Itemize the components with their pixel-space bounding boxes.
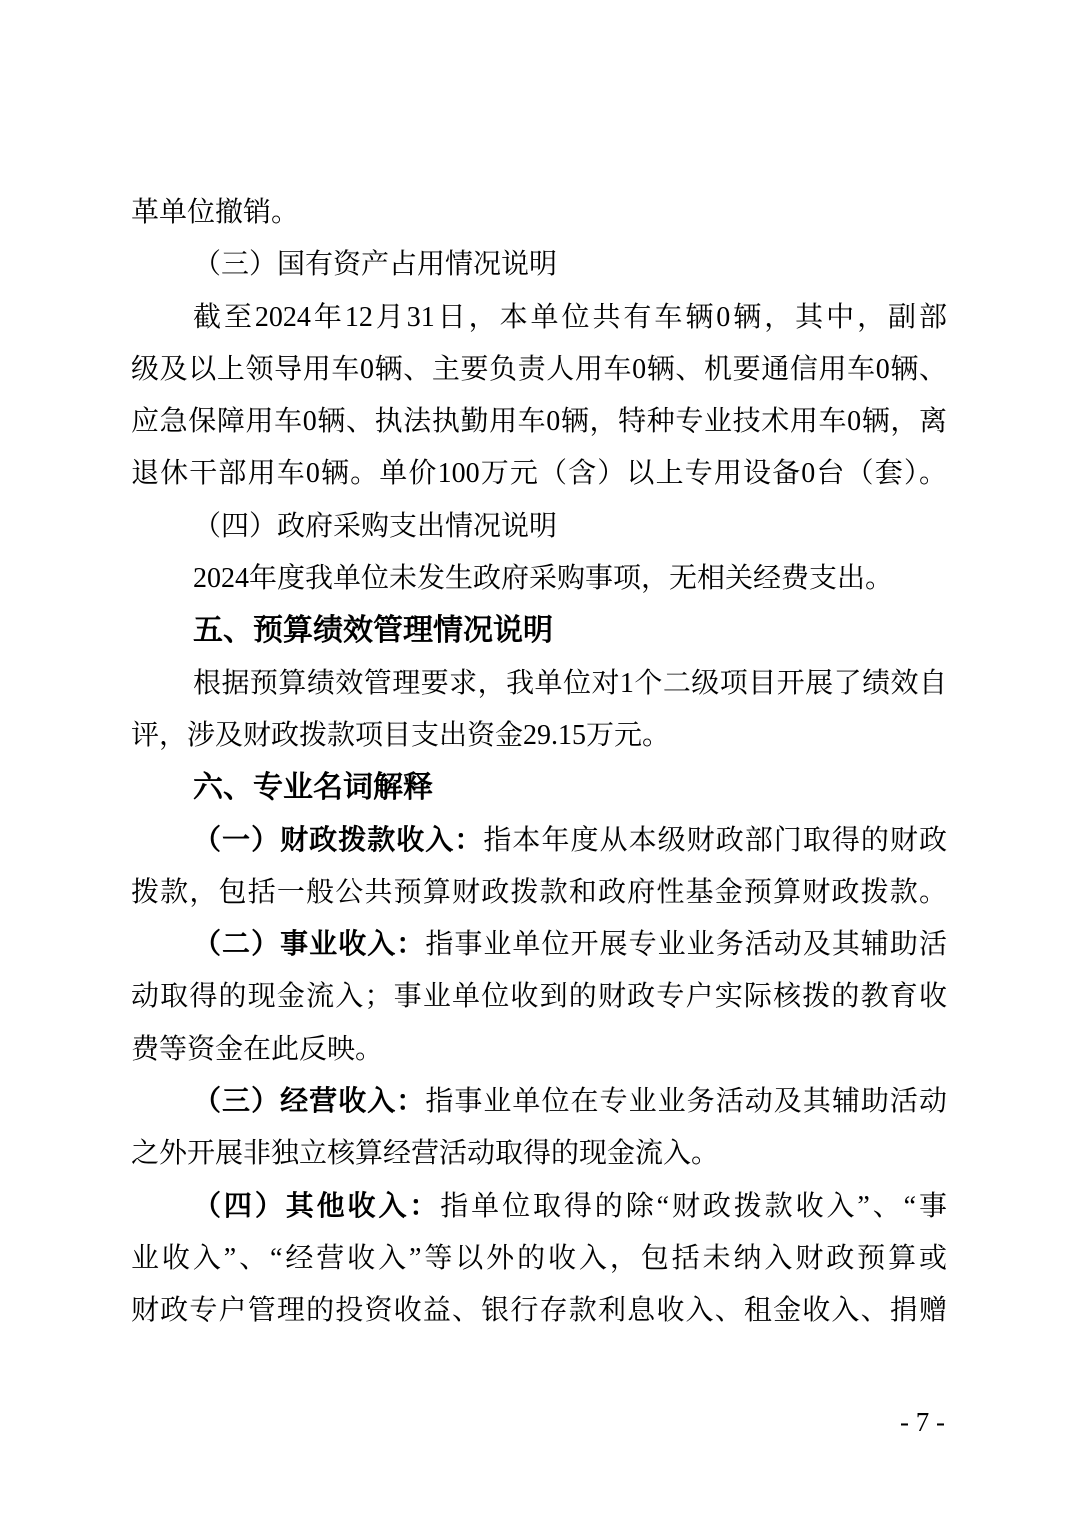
text-line: 2024年度我单位未发生政府采购事项，无相关经费支出。 (131, 553, 947, 605)
term-label: （三）经营收入： (193, 1086, 425, 1117)
text-line: 评，涉及财政拨款项目支出资金29.15万元。 (131, 710, 947, 762)
text-segment: 退休干部用车0辆。单价100万元（含）以上专用设备0台（套）。 (131, 458, 947, 489)
text-line: 财政专户管理的投资收益、银行存款利息收入、租金收入、捐赠 (131, 1285, 947, 1337)
text-segment: 之外开展非独立核算经营活动取得的现金流入。 (131, 1138, 719, 1169)
text-line: 应急保障用车0辆、执法执勤用车0辆，特种专业技术用车0辆，离 (131, 396, 947, 448)
term-label: （一）财政拨款收入： (193, 825, 483, 856)
text-segment: 截至2024年12月31日，本单位共有车辆0辆，其中，副部（省） (131, 302, 947, 344)
text-segment: 动取得的现金流入；事业单位收到的财政专户实际核拨的教育收 (131, 981, 947, 1012)
text-segment: 指本年度从本级财政部门取得的财政 (483, 825, 947, 856)
text-line: （四）其他收入：指单位取得的除“财政拨款收入”、“事 (131, 1181, 947, 1233)
text-segment: （三）国有资产占用情况说明 (193, 249, 557, 280)
text-line: 业收入”、“经营收入”等以外的收入，包括未纳入财政预算或 (131, 1233, 947, 1285)
term-label: （四）其他收入： (193, 1191, 440, 1222)
text-segment: 评，涉及财政拨款项目支出资金29.15万元。 (131, 720, 670, 751)
text-segment: 指单位取得的除“财政拨款收入”、“事 (440, 1191, 947, 1222)
text-segment: 五、预算绩效管理情况说明 (193, 614, 553, 647)
section-heading: （三）国有资产占用情况说明 (131, 239, 947, 291)
section-heading: （四）政府采购支出情况说明 (131, 501, 947, 553)
text-segment: 革单位撤销。 (131, 197, 299, 228)
text-line: 截至2024年12月31日，本单位共有车辆0辆，其中，副部（省） (131, 292, 947, 344)
document-page: 革单位撤销。（三）国有资产占用情况说明截至2024年12月31日，本单位共有车辆… (0, 0, 1075, 1520)
section-heading: 五、预算绩效管理情况说明 (131, 605, 947, 657)
text-segment: 六、专业名词解释 (193, 771, 433, 804)
text-line: 动取得的现金流入；事业单位收到的财政专户实际核拨的教育收 (131, 971, 947, 1023)
text-segment: 级及以上领导用车0辆、主要负责人用车0辆、机要通信用车0辆、 (131, 354, 947, 385)
text-line: 之外开展非独立核算经营活动取得的现金流入。 (131, 1128, 947, 1180)
text-line: （二）事业收入：指事业单位开展专业业务活动及其辅助活 (131, 919, 947, 971)
text-line: 级及以上领导用车0辆、主要负责人用车0辆、机要通信用车0辆、 (131, 344, 947, 396)
text-segment: 业收入”、“经营收入”等以外的收入，包括未纳入财政预算或 (131, 1243, 947, 1274)
text-segment: 根据预算绩效管理要求，我单位对1个二级项目开展了绩效自 (193, 668, 947, 699)
text-segment: 拨款，包括一般公共预算财政拨款和政府性基金预算财政拨款。 (131, 877, 947, 908)
text-line: 革单位撤销。 (131, 187, 947, 239)
text-line: （三）经营收入：指事业单位在专业业务活动及其辅助活动 (131, 1076, 947, 1128)
text-segment: 指事业单位开展专业业务活动及其辅助活 (425, 929, 947, 960)
text-line: 费等资金在此反映。 (131, 1024, 947, 1076)
text-line: 拨款，包括一般公共预算财政拨款和政府性基金预算财政拨款。 (131, 867, 947, 919)
text-segment: 财政专户管理的投资收益、银行存款利息收入、租金收入、捐赠 (131, 1295, 947, 1326)
section-heading: 六、专业名词解释 (131, 762, 947, 814)
text-segment: （四）政府采购支出情况说明 (193, 511, 557, 542)
text-segment: 2024年度我单位未发生政府采购事项，无相关经费支出。 (193, 563, 893, 594)
document-body: 革单位撤销。（三）国有资产占用情况说明截至2024年12月31日，本单位共有车辆… (131, 187, 947, 1338)
text-line: 根据预算绩效管理要求，我单位对1个二级项目开展了绩效自 (131, 658, 947, 710)
text-segment: 应急保障用车0辆、执法执勤用车0辆，特种专业技术用车0辆，离 (131, 406, 947, 437)
text-segment: 费等资金在此反映。 (131, 1034, 383, 1065)
page-number: - 7 - (900, 1405, 945, 1439)
term-label: （二）事业收入： (193, 929, 425, 960)
text-line: 退休干部用车0辆。单价100万元（含）以上专用设备0台（套）。 (131, 448, 947, 500)
text-line: （一）财政拨款收入：指本年度从本级财政部门取得的财政 (131, 815, 947, 867)
text-segment: 指事业单位在专业业务活动及其辅助活动 (425, 1086, 947, 1117)
